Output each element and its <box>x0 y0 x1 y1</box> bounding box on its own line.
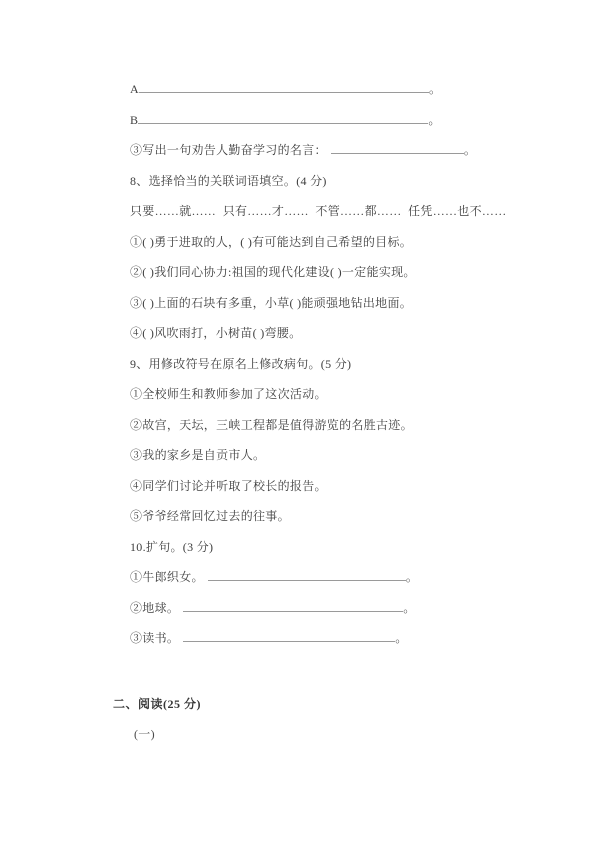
question-text: ②地球。 <box>130 601 179 615</box>
question-9-header: 9、用修改符号在原名上修改病句。(5 分) <box>130 349 556 380</box>
question-9-item-1: ①全校师生和教师参加了这次活动。 <box>130 379 556 410</box>
end-punct: 。 <box>395 631 407 645</box>
question-9-item-4: ④同学们讨论并听取了校长的报告。 <box>130 471 556 502</box>
question-9-item-3: ③我的家乡是自贡市人。 <box>130 440 556 471</box>
end-punct: 。 <box>406 570 418 584</box>
question-8-item-3: ③( )上面的石块有多重，小草( )能顽强地钻出地面。 <box>130 288 556 319</box>
question-text: ①牛郎织女。 <box>130 570 204 584</box>
question-8-header: 8、选择恰当的关联词语填空。(4 分) <box>130 166 556 197</box>
answer-blank <box>139 79 429 93</box>
question-8-item-4: ④( )风吹雨打，小树苗( )弯腰。 <box>130 318 556 349</box>
answer-blank <box>183 598 403 612</box>
question-9-item-5: ⑤爷爷经常回忆过去的往事。 <box>130 501 556 532</box>
question-7-item-3: ③写出一句劝告人勤奋学习的名言：。 <box>130 135 556 166</box>
blank-label-a: A <box>130 82 139 96</box>
answer-blank <box>138 110 428 124</box>
section-2-heading: 二、阅读(25 分) <box>113 689 556 720</box>
question-10-header: 10.扩句。(3 分) <box>130 532 556 563</box>
end-punct: 。 <box>464 143 476 157</box>
question-8-item-2: ②( )我们同心协力:祖国的现代化建设( )一定能实现。 <box>130 257 556 288</box>
blank-line-b: B。 <box>130 105 556 136</box>
question-text: ③写出一句劝告人勤奋学习的名言： <box>130 143 327 157</box>
question-10-item-2: ②地球。。 <box>130 593 556 624</box>
passage-1-label: (一) <box>134 719 556 750</box>
answer-blank <box>183 628 395 642</box>
document-page: A。 B。 ③写出一句劝告人勤奋学习的名言：。 8、选择恰当的关联词语填空。(4… <box>0 0 596 842</box>
question-8-word-bank: 只要……就…… 只有……才…… 不管……都…… 任凭……也不…… <box>130 196 556 227</box>
end-punct: 。 <box>403 601 415 615</box>
question-8-item-1: ①( )勇于进取的人，( )有可能达到自己希望的目标。 <box>130 227 556 258</box>
question-text: ③读书。 <box>130 631 179 645</box>
blank-label-b: B <box>130 113 138 127</box>
question-10-item-1: ①牛郎织女。。 <box>130 562 556 593</box>
end-punct: 。 <box>429 82 441 96</box>
question-9-item-2: ②故宫，天坛，三峡工程都是值得游览的名胜古迹。 <box>130 410 556 441</box>
blank-line-a: A。 <box>130 74 556 105</box>
answer-blank <box>208 567 406 581</box>
answer-blank <box>331 140 464 154</box>
end-punct: 。 <box>428 113 440 127</box>
question-10-item-3: ③读书。。 <box>130 623 556 654</box>
